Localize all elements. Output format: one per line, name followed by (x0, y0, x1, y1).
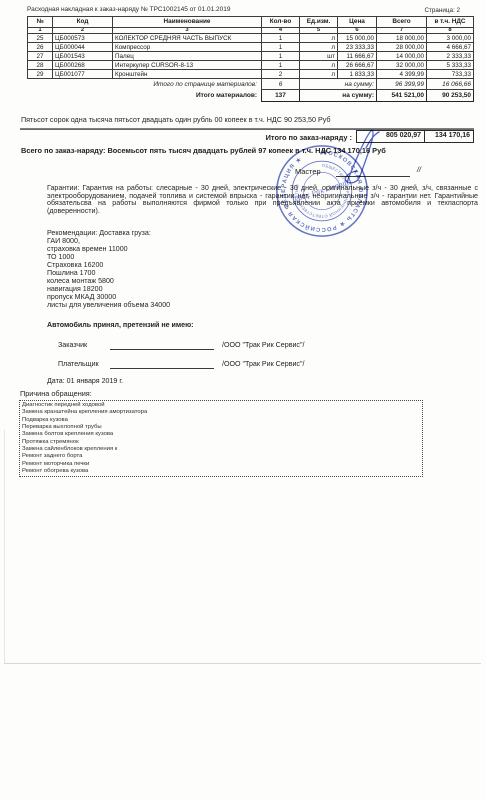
grand-total-vat: 90 253,50 (427, 90, 474, 102)
cell-code: ЦБ000573 (53, 34, 113, 43)
customer-signature-line (110, 349, 214, 350)
page-total-vat: 16 066,66 (427, 79, 474, 90)
cell-num: 25 (28, 34, 53, 43)
cell-vat: 5 333,33 (427, 61, 474, 70)
acceptance-title: Автомобиль принял, претензий не имею: (47, 321, 194, 329)
cell-name: Палец (113, 52, 262, 61)
cell-name: Компрессор (113, 43, 262, 52)
materials-amount-in-words: Пятьсот сорок одна тысяча пятьсот двадца… (21, 115, 331, 124)
table-row: 29 ЦБ001077 Кронштейн 2 л 1 833,33 4 399… (28, 70, 474, 79)
page-total-sum-label: на сумму: (300, 79, 377, 90)
table-row: 26 ЦБ000044 Компрессор 1 л 23 333,33 28 … (28, 43, 474, 52)
recommendation-line: Страховка 16200 (47, 261, 170, 269)
payer-label: Плательщик (58, 360, 99, 368)
reason-item: Замена кранштейна крепления амортизатора (22, 409, 420, 416)
cell-total: 14 000,00 (377, 52, 427, 61)
recommendation-line: навигация 18200 (47, 285, 170, 293)
cell-total: 32 000,00 (377, 61, 427, 70)
recommendation-line: ГАИ 8000, (47, 237, 170, 245)
cell-total: 4 399,99 (377, 70, 427, 79)
payer-signature-line (110, 368, 214, 369)
grand-total-sum-label: на сумму: (300, 90, 377, 102)
cell-code: ЦБ001543 (53, 52, 113, 61)
recommendation-line: колеса монтаж 5800 (47, 277, 170, 285)
reason-item: Ремонт моторчика печки (22, 461, 420, 468)
cell-num: 26 (28, 43, 53, 52)
customer-label: Заказчик (58, 341, 87, 349)
col-header-total: Всего (377, 17, 427, 28)
reason-item: Замена сайленблоков крепления к (22, 446, 420, 453)
document-title: Расходная накладная к заказ-наряду № ТРС… (27, 6, 230, 13)
cell-name: Интеркулер CURSOR-8-13 (113, 61, 262, 70)
page-number-label: Страница: 2 (370, 7, 460, 14)
cell-num: 28 (28, 61, 53, 70)
cell-unit: л (300, 61, 338, 70)
col-header-num: № (28, 17, 53, 28)
cell-price: 26 666,67 (338, 61, 377, 70)
page-total-label: Итого по странице материалов: (28, 79, 262, 90)
col-header-qty: Кол-во (262, 17, 300, 28)
recommendation-line: Рекомендации: Доставка груза: (47, 229, 170, 237)
order-total-label: Итого по заказ-наряду : (140, 133, 352, 142)
page-total-qty: 6 (262, 79, 300, 90)
recommendation-line: пропуск МКАД 30000 (47, 293, 170, 301)
reason-item: Ремонт обогрева кузова (22, 468, 420, 475)
cell-price: 11 666,67 (338, 52, 377, 61)
cell-total: 18 000,00 (377, 34, 427, 43)
customer-org-name: /ООО "Трак Рик Сервис"/ (222, 341, 304, 349)
table-header-row: № Код Наименование Кол-во Ед.изм. Цена В… (28, 17, 474, 28)
master-slashes: // (417, 167, 421, 174)
paper-bottom-edge (4, 663, 481, 664)
cell-qty: 1 (262, 61, 300, 70)
cell-total: 28 000,00 (377, 43, 427, 52)
grand-total-row: Итого материалов: 137 на сумму: 541 521,… (28, 90, 474, 102)
col-header-price: Цена (338, 17, 377, 28)
cell-qty: 1 (262, 43, 300, 52)
recommendation-line: страховка времен 11000 (47, 245, 170, 253)
col-header-code: Код (53, 17, 113, 28)
page-total-row: Итого по странице материалов: 6 на сумму… (28, 79, 474, 90)
cell-price: 23 333,33 (338, 43, 377, 52)
grand-total-label: Итого материалов: (28, 90, 262, 102)
cell-num: 29 (28, 70, 53, 79)
grand-total-amount: 541 521,00 (377, 90, 427, 102)
cell-vat: 733,33 (427, 70, 474, 79)
recommendation-line: ТО 1000 (47, 253, 170, 261)
payer-org-name: /ООО "Трак Рик Сервис"/ (222, 360, 304, 368)
cell-unit: л (300, 43, 338, 52)
col-header-vat: в т.ч. НДС (427, 17, 474, 28)
cell-qty: 2 (262, 70, 300, 79)
cell-qty: 1 (262, 52, 300, 61)
table-row: 28 ЦБ000268 Интеркулер CURSOR-8-13 1 л 2… (28, 61, 474, 70)
reason-item: Замена болтов крепления кузова (22, 431, 420, 438)
table-row: 25 ЦБ000573 КОЛЕКТОР СРЕДНЯЯ ЧАСТЬ ВЫПУС… (28, 34, 474, 43)
reason-item: Ремонт заднего борта (22, 453, 420, 460)
cell-name: Кронштейн (113, 70, 262, 79)
cell-price: 15 000,00 (338, 34, 377, 43)
cell-unit: л (300, 34, 338, 43)
cell-code: ЦБ000044 (53, 43, 113, 52)
cell-price: 1 833,33 (338, 70, 377, 79)
order-total-vat: 134 170,16 (425, 131, 473, 142)
table-row: 27 ЦБ001543 Палец 1 шт 11 666,67 14 000,… (28, 52, 474, 61)
cell-code: ЦБ001077 (53, 70, 113, 79)
reason-item: Подварка кузова (22, 417, 420, 424)
recommendation-line: листы для увеличения объема 34000 (47, 301, 170, 309)
cell-unit: л (300, 70, 338, 79)
reason-item: Протяжка стремянок (22, 439, 420, 446)
cell-vat: 4 666,67 (427, 43, 474, 52)
cell-num: 27 (28, 52, 53, 61)
col-header-unit: Ед.изм. (300, 17, 338, 28)
reason-item: Переварка выхлопной трубы (22, 424, 420, 431)
cell-qty: 1 (262, 34, 300, 43)
cell-name: КОЛЕКТОР СРЕДНЯЯ ЧАСТЬ ВЫПУСК (113, 34, 262, 43)
reason-label: Причина обращения: (20, 389, 92, 398)
col-header-name: Наименование (113, 17, 262, 28)
reason-box: Диагностик передней ходовой Замена кранш… (19, 400, 423, 477)
recommendations-block: Рекомендации: Доставка груза: ГАИ 8000, … (47, 229, 170, 309)
warranty-paragraph: Гарантии: Гарантия на работы: слесарные … (47, 185, 478, 216)
cell-vat: 3 000,00 (427, 34, 474, 43)
cell-code: ЦБ000268 (53, 61, 113, 70)
cell-unit: шт (300, 52, 338, 61)
scanned-invoice-page: { "doc": { "title": "Расходная накладная… (0, 0, 486, 800)
cell-vat: 2 333,33 (427, 52, 474, 61)
recommendation-line: Пошлина 1700 (47, 269, 170, 277)
paper-left-edge (4, 430, 5, 663)
grand-total-qty: 137 (262, 90, 300, 102)
page-total-amount: 96 399,99 (377, 79, 427, 90)
document-date: Дата: 01 января 2019 г. (47, 377, 123, 385)
materials-table: № Код Наименование Кол-во Ед.изм. Цена В… (27, 16, 474, 102)
master-signature-stroke (333, 126, 388, 188)
signature-loop (347, 130, 373, 182)
